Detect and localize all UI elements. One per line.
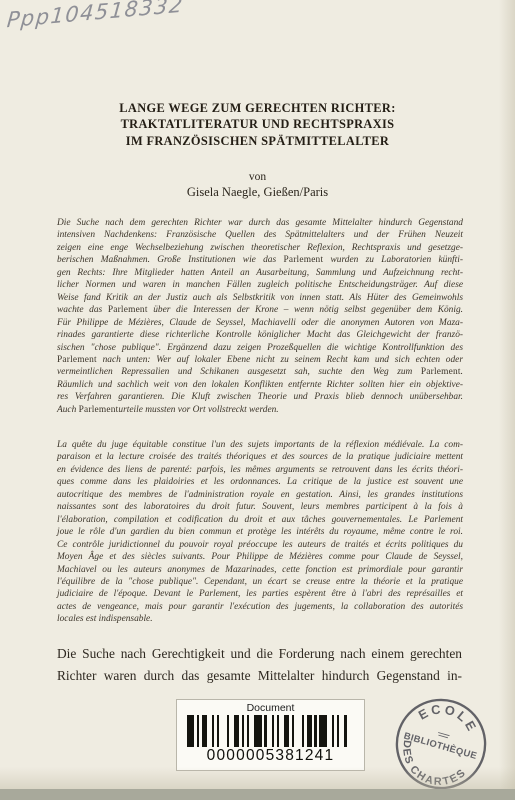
- text-line: intensiven Nachdenkens: Französische Que…: [57, 229, 463, 241]
- scanned-page: Ppp104518332 LANGE WEGE ZUM GERECHTEN RI…: [0, 0, 515, 800]
- text-line: naissantes sont des laboratoires du droi…: [57, 501, 463, 513]
- text-line: gen Rechts: Ihre Mitglieder hatten Antei…: [57, 267, 463, 279]
- barcode-bar: [254, 715, 262, 747]
- title-line-3: IM FRANZÖSISCHEN SPÄTMITTELALTER: [0, 133, 515, 149]
- text-line: Richter waren durch das gesamte Mittelal…: [57, 665, 462, 687]
- barcode-gap: [219, 715, 227, 747]
- text-line: en évidence des liens de parenté: parfoi…: [57, 464, 463, 476]
- text-line: Die Suche nach dem gerechten Richter war…: [57, 217, 463, 229]
- barcode-title: Document: [247, 702, 295, 714]
- author-name: Gisela Naegle, Gießen/Paris: [0, 185, 515, 200]
- barcode-gap: [294, 715, 302, 747]
- title-line-1: LANGE WEGE ZUM GERECHTEN RICHTER:: [0, 100, 515, 116]
- text-line: La quête du juge équitable constitue l'u…: [57, 439, 463, 451]
- text-line: l'équilibre de la "chose publique". Cepe…: [57, 576, 463, 588]
- text-line: Für Philippe de Mézières, Claude de Seys…: [57, 317, 463, 329]
- library-stamp-graphic: ECOLE DES CHARTES BIBLIOTHÈQUE: [377, 682, 506, 800]
- text-line: Räumlich und sachlich weit von den lokal…: [57, 379, 463, 391]
- text-line: locales est indispensable.: [57, 613, 463, 625]
- text-line: actes de vengeance, mais pour garantir l…: [57, 601, 463, 613]
- text-line: l'élaboration, compilation et codificati…: [57, 514, 463, 526]
- scan-edge-bottom: [0, 789, 515, 800]
- text-line: Weise fand Kritik an der Justiz auch als…: [57, 292, 463, 304]
- main-text: Die Suche nach Gerechtigkeit und die For…: [57, 643, 462, 687]
- text-line: judiciaire de l'époque. Devant le Parlem…: [57, 588, 463, 600]
- barcode-label: Document 0000005381241: [176, 699, 365, 771]
- text-line: joue le rôle d'un gardien du bien commun…: [57, 526, 463, 538]
- text-line: Die Suche nach Gerechtigkeit und die For…: [57, 643, 462, 665]
- stamp-dash-lower: [438, 735, 447, 738]
- abstract-french: La quête du juge équitable constitue l'u…: [57, 439, 463, 626]
- handwritten-shelfmark: Ppp104518332: [6, 0, 177, 32]
- text-line: paraison et la lecture croisée des trait…: [57, 451, 463, 463]
- text-line: Auch Parlementurteile mussten vor Ort vo…: [57, 404, 463, 416]
- text-line: autocritique des membres de l'administra…: [57, 489, 463, 501]
- text-line: Ce contrôle juridictionnel du pouvoir ro…: [57, 539, 463, 551]
- text-line: rinades garantierte diese richterliche K…: [57, 329, 463, 341]
- text-line: sischen "chose publique". Ergänzend dazu…: [57, 342, 463, 354]
- barcode-number: 0000005381241: [207, 747, 335, 765]
- text-line: wachte das Parlement über die Interessen…: [57, 304, 463, 316]
- text-line: Machiavel ou les auteurs anonymes de Maz…: [57, 564, 463, 576]
- barcode-bar: [319, 715, 327, 747]
- article-title: LANGE WEGE ZUM GERECHTEN RICHTER: TRAKTA…: [0, 100, 515, 149]
- barcode-icon: [187, 715, 355, 747]
- text-line: ques comme dans les plaidoiries et les o…: [57, 476, 463, 488]
- text-line: zeigen eine enge Wechselbeziehung zwisch…: [57, 242, 463, 254]
- barcode-gap: [347, 715, 355, 747]
- text-line: res Verfahren garantieren. Die Kluft zwi…: [57, 391, 463, 403]
- title-line-2: TRAKTATLITERATUR UND RECHTSPRAXIS: [0, 116, 515, 132]
- text-line: licher Normen und waren in manchen Fälle…: [57, 279, 463, 291]
- barcode-bar: [187, 715, 195, 747]
- text-line: berischen Maßnahmen. Große Institutionen…: [57, 254, 463, 266]
- text-line: Moyen Âge et des siècles suivants. Pour …: [57, 551, 463, 563]
- byline-von: von: [0, 171, 515, 183]
- library-stamp: ECOLE DES CHARTES BIBLIOTHÈQUE: [377, 682, 506, 800]
- abstract-german: Die Suche nach dem gerechten Richter war…: [57, 217, 463, 416]
- text-line: Parlement nach unten: Wer auf lokaler Eb…: [57, 354, 463, 366]
- text-line: vermeintlichen Repressalien und Schikane…: [57, 366, 463, 378]
